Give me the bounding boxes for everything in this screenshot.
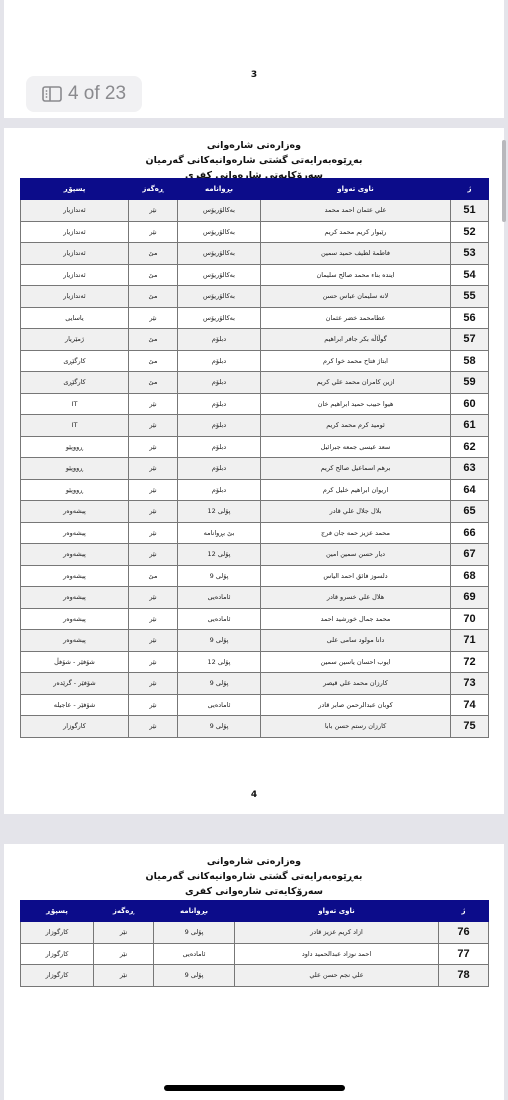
table-row: 75كارزان رستم حسن باباپۆلی 9نێرکارگوزار: [21, 716, 489, 738]
certificate-cell: پۆلی 12: [178, 501, 261, 523]
gender-cell: نێر: [129, 587, 178, 609]
table-row: 67ديار حسن سمين امينپۆلی 12نێرپیشەوەر: [21, 544, 489, 566]
gender-cell: نێر: [129, 694, 178, 716]
certificate-cell: ئامادەیی: [178, 608, 261, 630]
heading-municipality: سەرۆکایەتی شارەوانی کفری: [4, 884, 504, 899]
heading-ministry: وەزارەتی شارەوانی: [4, 138, 504, 153]
full-name-cell: ازاد كريم عزيز قادر: [235, 922, 439, 944]
table-row: 64اريوان ابراهيم خليل كرمدبلۆمنێرڕووپێو: [21, 479, 489, 501]
gender-cell: مێ: [129, 565, 178, 587]
heading-directorate: بەڕێوەبەرایەتی گشتی شارەوانیەکانی گەرمیا…: [4, 869, 504, 884]
full-name-cell: اريوان ابراهيم خليل كرم: [261, 479, 451, 501]
page-number: 4: [4, 790, 504, 800]
specialty-cell: ئەندازیار: [21, 243, 129, 265]
specialty-cell: ئەندازیار: [21, 221, 129, 243]
row-number-cell: 66: [451, 522, 489, 544]
table-row: 53فاطمة لطيف حميد سمينبەکالۆریۆسمێئەنداز…: [21, 243, 489, 265]
certificate-cell: دبلۆم: [178, 479, 261, 501]
table-row: 55لانە سليمان عباس حسنبەکالۆریۆسمێئەنداز…: [21, 286, 489, 308]
specialty-cell: پیشەوەر: [21, 608, 129, 630]
full-name-cell: هيوا حبيب حميد ابراهيم خان: [261, 393, 451, 415]
gender-cell: نێر: [129, 673, 178, 695]
column-header-gender: ڕەگەز: [94, 901, 154, 922]
specialty-cell: پیشەوەر: [21, 630, 129, 652]
full-name-cell: لانە سليمان عباس حسن: [261, 286, 451, 308]
heading-ministry: وەزارەتی شارەوانی: [4, 854, 504, 869]
row-number-cell: 68: [451, 565, 489, 587]
table-row: 66محمد عزيز حمه جان فرجبێ بڕوانامەنێرپیش…: [21, 522, 489, 544]
certificate-cell: دبلۆم: [178, 350, 261, 372]
row-number-cell: 63: [451, 458, 489, 480]
table-row: 59ازين كامران محمد علي كريمدبلۆممێکارگێڕ…: [21, 372, 489, 394]
row-number-cell: 77: [439, 943, 489, 965]
table-row: 72ايوب احسان ياسين سمينپۆلی 12نێرشۆفێر -…: [21, 651, 489, 673]
row-number-cell: 75: [451, 716, 489, 738]
certificate-cell: دبلۆم: [178, 415, 261, 437]
column-header-number: ژ: [451, 179, 489, 200]
full-name-cell: كارزان محمد علي قيصر: [261, 673, 451, 695]
certificate-cell: بێ بڕوانامە: [178, 522, 261, 544]
gender-cell: نێر: [129, 630, 178, 652]
certificate-cell: پۆلی 9: [178, 673, 261, 695]
page-indicator-button[interactable]: 4 of 23: [26, 76, 142, 112]
row-number-cell: 57: [451, 329, 489, 351]
gender-cell: نێر: [129, 544, 178, 566]
full-name-cell: احمد نوزاد عبدالحميد داود: [235, 943, 439, 965]
full-name-cell: ئوميد كرم محمد كريم: [261, 415, 451, 437]
gender-cell: نێر: [129, 479, 178, 501]
full-name-cell: بلال جلال علي قادر: [261, 501, 451, 523]
full-name-cell: كوبان عبدالرحمن صابر قادر: [261, 694, 451, 716]
certificate-cell: دبلۆم: [178, 372, 261, 394]
table-row: 57گوڵاڵە بكر جافر ابراهيمدبلۆممێژمێریار: [21, 329, 489, 351]
specialty-cell: IT: [21, 393, 129, 415]
gender-cell: نێر: [94, 943, 154, 965]
row-number-cell: 67: [451, 544, 489, 566]
table-row: 51علي عثمان احمد محمدبەکالۆریۆسنێرئەنداز…: [21, 200, 489, 222]
gender-cell: نێر: [129, 436, 178, 458]
row-number-cell: 52: [451, 221, 489, 243]
roster-table: ژ ناوی تەواو بڕوانامە ڕەگەز پسپۆڕ 51علي …: [20, 178, 489, 738]
certificate-cell: دبلۆم: [178, 436, 261, 458]
certificate-cell: بەکالۆریۆس: [178, 264, 261, 286]
row-number-cell: 60: [451, 393, 489, 415]
specialty-cell: ئەندازیار: [21, 286, 129, 308]
gender-cell: مێ: [129, 243, 178, 265]
home-indicator[interactable]: [164, 1085, 345, 1091]
row-number-cell: 70: [451, 608, 489, 630]
full-name-cell: هلال علي خسرو قادر: [261, 587, 451, 609]
specialty-cell: کارگوزار: [21, 716, 129, 738]
full-name-cell: محمد جمال خورشيد احمد: [261, 608, 451, 630]
certificate-cell: بەکالۆریۆس: [178, 200, 261, 222]
table-row: 69هلال علي خسرو قادرئامادەیینێرپیشەوەر: [21, 587, 489, 609]
table-row: 74كوبان عبدالرحمن صابر قادرئامادەیینێرشۆ…: [21, 694, 489, 716]
table-row: 71دانا مولود سامی علیپۆلی 9نێرپیشەوەر: [21, 630, 489, 652]
certificate-cell: دبلۆم: [178, 329, 261, 351]
document-heading: وەزارەتی شارەوانی بەڕێوەبەرایەتی گشتی شا…: [4, 854, 504, 899]
specialty-cell: شۆفێر - شۆفڵ: [21, 651, 129, 673]
specialty-cell: پیشەوەر: [21, 501, 129, 523]
full-name-cell: علي نجم حسن علي: [235, 965, 439, 987]
row-number-cell: 59: [451, 372, 489, 394]
specialty-cell: ڕووپێو: [21, 458, 129, 480]
gender-cell: نێر: [129, 221, 178, 243]
gender-cell: نێر: [94, 922, 154, 944]
row-number-cell: 78: [439, 965, 489, 987]
certificate-cell: بەکالۆریۆس: [178, 286, 261, 308]
specialty-cell: پیشەوەر: [21, 544, 129, 566]
gender-cell: نێر: [129, 415, 178, 437]
full-name-cell: ايندە بناء محمد صالح سليمان: [261, 264, 451, 286]
table-row: 60هيوا حبيب حميد ابراهيم خاندبلۆمنێرIT: [21, 393, 489, 415]
certificate-cell: پۆلی 9: [178, 716, 261, 738]
full-name-cell: ايوب احسان ياسين سمين: [261, 651, 451, 673]
pdf-page-4: وەزارەتی شارەوانی بەڕێوەبەرایەتی گشتی شا…: [4, 128, 504, 814]
gender-cell: نێر: [129, 393, 178, 415]
gender-cell: مێ: [129, 286, 178, 308]
certificate-cell: بەکالۆریۆس: [178, 243, 261, 265]
specialty-cell: پیشەوەر: [21, 565, 129, 587]
row-number-cell: 61: [451, 415, 489, 437]
row-number-cell: 51: [451, 200, 489, 222]
column-header-certificate: بڕوانامە: [178, 179, 261, 200]
specialty-cell: ژمێریار: [21, 329, 129, 351]
full-name-cell: دلسوز فائق احمد الياس: [261, 565, 451, 587]
column-header-certificate: بڕوانامە: [154, 901, 235, 922]
specialty-cell: شۆفێر - عاجیلە: [21, 694, 129, 716]
certificate-cell: پۆلی 9: [178, 565, 261, 587]
table-row: 65بلال جلال علي قادرپۆلی 12نێرپیشەوەر: [21, 501, 489, 523]
table-row: 73كارزان محمد علي قيصرپۆلی 9نێرشۆفێر - گ…: [21, 673, 489, 695]
specialty-cell: پیشەوەر: [21, 522, 129, 544]
gender-cell: نێر: [129, 651, 178, 673]
column-header-number: ژ: [439, 901, 489, 922]
document-heading: وەزارەتی شارەوانی بەڕێوەبەرایەتی گشتی شا…: [4, 138, 504, 183]
certificate-cell: بەکالۆریۆس: [178, 307, 261, 329]
table-row: 78علي نجم حسن عليپۆلی 9نێرکارگوزار: [21, 965, 489, 987]
page-indicator-label: 4 of 23: [68, 83, 126, 105]
full-name-cell: سعد عيسى جمعه جبرائيل: [261, 436, 451, 458]
certificate-cell: دبلۆم: [178, 393, 261, 415]
gender-cell: نێر: [129, 716, 178, 738]
table-row: 54ايندە بناء محمد صالح سليمانبەکالۆریۆسم…: [21, 264, 489, 286]
certificate-cell: ئامادەیی: [178, 587, 261, 609]
row-number-cell: 62: [451, 436, 489, 458]
table-row: 52رێبوار كريم محمد كريمبەکالۆریۆسنێرئەند…: [21, 221, 489, 243]
column-header-full-name: ناوی تەواو: [261, 179, 451, 200]
full-name-cell: علي عثمان احمد محمد: [261, 200, 451, 222]
table-row: 77احمد نوزاد عبدالحميد داودئامادەیینێرکا…: [21, 943, 489, 965]
specialty-cell: ئەندازیار: [21, 200, 129, 222]
row-number-cell: 74: [451, 694, 489, 716]
specialty-cell: کارگوزار: [21, 922, 94, 944]
row-number-cell: 72: [451, 651, 489, 673]
row-number-cell: 53: [451, 243, 489, 265]
table-row: 58ابتاژ فتاح محمد خوا كرمدبلۆممێکارگێڕی: [21, 350, 489, 372]
gender-cell: نێر: [129, 522, 178, 544]
column-header-specialty: پسپۆڕ: [21, 901, 94, 922]
table-row: 56عطامحمد خضر عثمانبەکالۆریۆسنێریاسایی: [21, 307, 489, 329]
specialty-cell: IT: [21, 415, 129, 437]
gender-cell: نێر: [129, 307, 178, 329]
gender-cell: مێ: [129, 329, 178, 351]
scrollbar[interactable]: [502, 140, 506, 222]
specialty-cell: کارگێڕی: [21, 372, 129, 394]
gender-cell: مێ: [129, 264, 178, 286]
specialty-cell: شۆفێر - گرێدەر: [21, 673, 129, 695]
full-name-cell: ديار حسن سمين امين: [261, 544, 451, 566]
column-header-gender: ڕەگەز: [129, 179, 178, 200]
full-name-cell: فاطمة لطيف حميد سمين: [261, 243, 451, 265]
certificate-cell: دبلۆم: [178, 458, 261, 480]
row-number-cell: 69: [451, 587, 489, 609]
specialty-cell: کارگوزار: [21, 965, 94, 987]
certificate-cell: ئامادەیی: [178, 694, 261, 716]
table-row: 61ئوميد كرم محمد كريمدبلۆمنێرIT: [21, 415, 489, 437]
certificate-cell: پۆلی 12: [178, 651, 261, 673]
gender-cell: مێ: [129, 350, 178, 372]
table-row: 63برهم اسماعيل صالح كريمدبلۆمنێرڕووپێو: [21, 458, 489, 480]
column-header-specialty: پسپۆڕ: [21, 179, 129, 200]
column-header-full-name: ناوی تەواو: [235, 901, 439, 922]
table-row: 76ازاد كريم عزيز قادرپۆلی 9نێرکارگوزار: [21, 922, 489, 944]
row-number-cell: 76: [439, 922, 489, 944]
gender-cell: مێ: [129, 372, 178, 394]
row-number-cell: 71: [451, 630, 489, 652]
row-number-cell: 58: [451, 350, 489, 372]
table-row: 68دلسوز فائق احمد الياسپۆلی 9مێپیشەوەر: [21, 565, 489, 587]
row-number-cell: 73: [451, 673, 489, 695]
specialty-cell: یاسایی: [21, 307, 129, 329]
table-header-row: ژ ناوی تەواو بڕوانامە ڕەگەز پسپۆڕ: [21, 901, 489, 922]
gender-cell: نێر: [129, 200, 178, 222]
full-name-cell: برهم اسماعيل صالح كريم: [261, 458, 451, 480]
certificate-cell: پۆلی 9: [154, 922, 235, 944]
row-number-cell: 65: [451, 501, 489, 523]
certificate-cell: پۆلی 9: [178, 630, 261, 652]
certificate-cell: پۆلی 12: [178, 544, 261, 566]
roster-table: ژ ناوی تەواو بڕوانامە ڕەگەز پسپۆڕ 76ازاد…: [20, 900, 489, 987]
full-name-cell: كارزان رستم حسن بابا: [261, 716, 451, 738]
table-row: 62سعد عيسى جمعه جبرائيلدبلۆمنێرڕووپێو: [21, 436, 489, 458]
specialty-cell: ڕووپێو: [21, 479, 129, 501]
row-number-cell: 54: [451, 264, 489, 286]
full-name-cell: گوڵاڵە بكر جافر ابراهيم: [261, 329, 451, 351]
pdf-page-5: وەزارەتی شارەوانی بەڕێوەبەرایەتی گشتی شا…: [4, 844, 504, 1100]
specialty-cell: کارگوزار: [21, 943, 94, 965]
certificate-cell: بەکالۆریۆس: [178, 221, 261, 243]
gender-cell: نێر: [94, 965, 154, 987]
specialty-cell: ئەندازیار: [21, 264, 129, 286]
sidebar-icon: [42, 86, 62, 102]
row-number-cell: 64: [451, 479, 489, 501]
certificate-cell: پۆلی 9: [154, 965, 235, 987]
full-name-cell: عطامحمد خضر عثمان: [261, 307, 451, 329]
full-name-cell: دانا مولود سامی علی: [261, 630, 451, 652]
row-number-cell: 56: [451, 307, 489, 329]
specialty-cell: ڕووپێو: [21, 436, 129, 458]
row-number-cell: 55: [451, 286, 489, 308]
specialty-cell: کارگێڕی: [21, 350, 129, 372]
full-name-cell: ازين كامران محمد علي كريم: [261, 372, 451, 394]
table-row: 70محمد جمال خورشيد احمدئامادەیینێرپیشەوە…: [21, 608, 489, 630]
gender-cell: نێر: [129, 501, 178, 523]
full-name-cell: رێبوار كريم محمد كريم: [261, 221, 451, 243]
specialty-cell: پیشەوەر: [21, 587, 129, 609]
heading-directorate: بەڕێوەبەرایەتی گشتی شارەوانیەکانی گەرمیا…: [4, 153, 504, 168]
full-name-cell: محمد عزيز حمه جان فرج: [261, 522, 451, 544]
gender-cell: نێر: [129, 458, 178, 480]
full-name-cell: ابتاژ فتاح محمد خوا كرم: [261, 350, 451, 372]
certificate-cell: ئامادەیی: [154, 943, 235, 965]
table-header-row: ژ ناوی تەواو بڕوانامە ڕەگەز پسپۆڕ: [21, 179, 489, 200]
gender-cell: نێر: [129, 608, 178, 630]
